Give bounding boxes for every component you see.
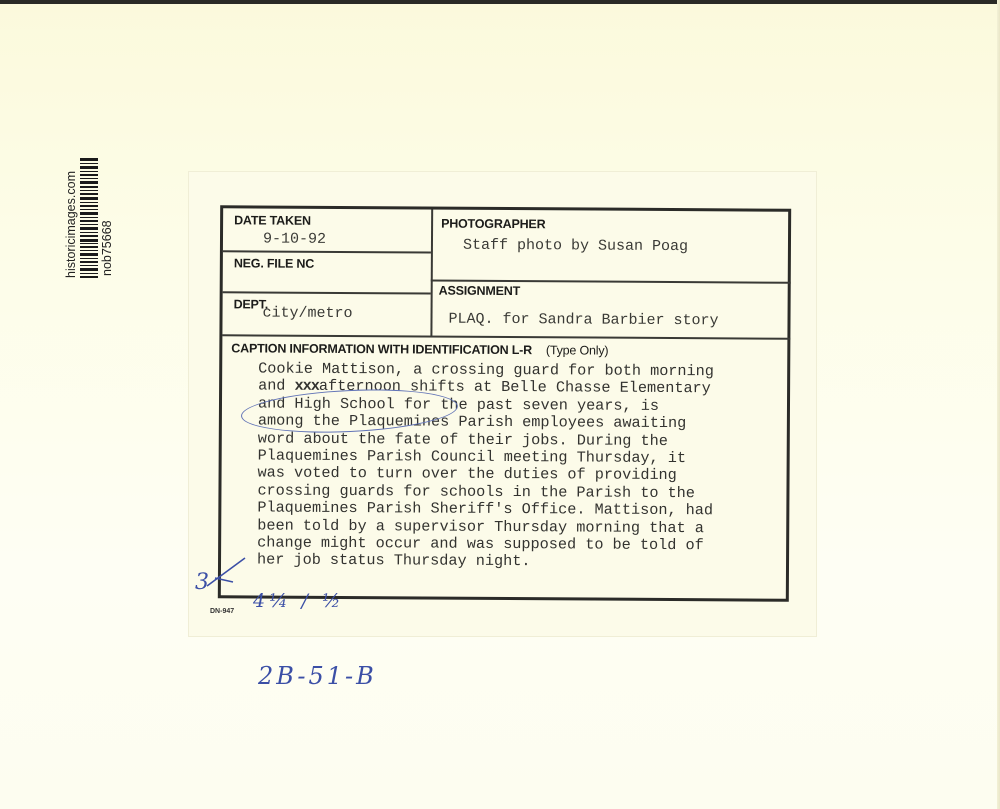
caption-label-text: CAPTION INFORMATION WITH IDENTIFICATION … [231,341,532,357]
photographer-value: Staff photo by Susan Poag [463,237,688,255]
check-mark-icon [205,556,255,592]
caption-label: CAPTION INFORMATION WITH IDENTIFICATION … [231,341,608,357]
scan-top-edge [0,0,1000,4]
divider [223,291,431,294]
archive-site-text: historicimages.com [64,171,78,278]
handwritten-bottom-note: 2B-51-B [258,662,377,690]
archive-label: historicimages.com nob75668 [64,148,124,278]
caption-type-note: (Type Only) [546,343,608,357]
date-taken-value: 9-10-92 [263,231,326,248]
divider [430,210,433,337]
assignment-value: PLAQ. for Sandra Barbier story [448,311,718,330]
assignment-label: ASSIGNMENT [439,284,520,298]
photographer-label: PHOTOGRAPHER [441,217,545,232]
archive-code-text: nob75668 [100,220,114,276]
caption-form: DATE TAKEN 9-10-92 NEG. FILE NC DEPT. ci… [218,205,791,601]
barcode-icon [80,158,98,278]
handwritten-size-note: 4¼ / ½ [253,590,344,612]
divider [222,334,790,339]
divider [223,250,431,253]
date-taken-label: DATE TAKEN [234,213,311,227]
dept-value: city/metro [262,305,352,323]
caption-line-prefix: and [258,377,295,395]
form-number: DN-947 [210,608,234,615]
neg-file-label: NEG. FILE NC [234,256,314,270]
caption-line: her job status Thursday night. [257,552,777,573]
photo-caption-card: DATE TAKEN 9-10-92 NEG. FILE NC DEPT. ci… [189,172,816,636]
